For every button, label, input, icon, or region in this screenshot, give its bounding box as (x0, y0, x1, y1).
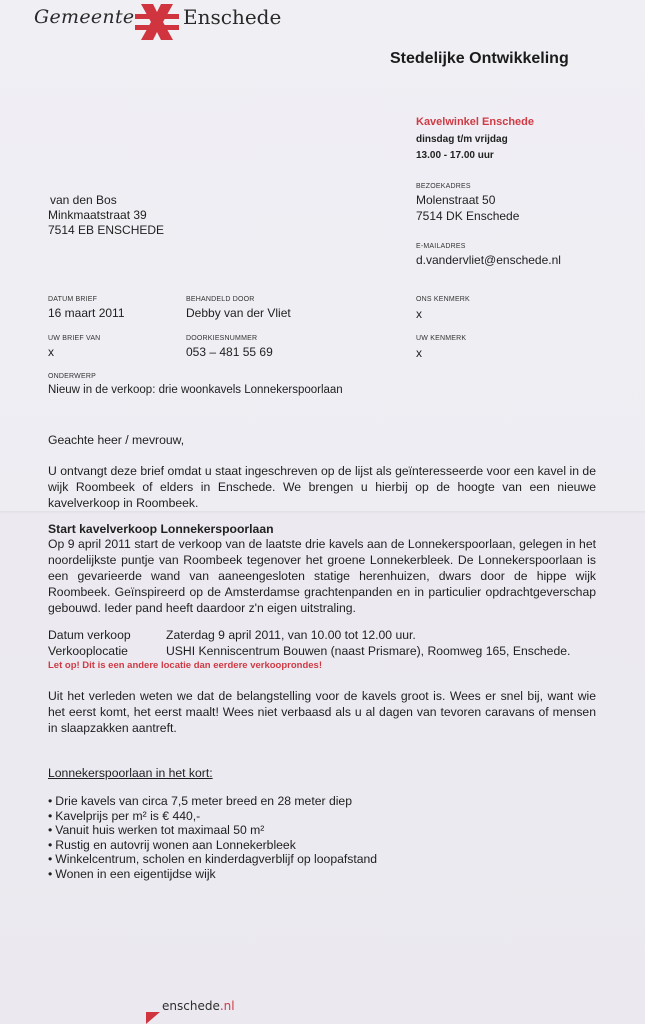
section-heading: Start kavelverkoop Lonnekerspoorlaan (48, 521, 596, 537)
summary-title: Lonnekerspoorlaan in het kort: (48, 765, 596, 781)
office-name: Kavelwinkel Enschede (416, 116, 534, 128)
email-link[interactable]: d.vandervliet@enschede.nl (416, 252, 561, 268)
list-item: Drie kavels van circa 7,5 meter breed en… (48, 794, 596, 809)
logo-text-gemeente: Gemeente (34, 6, 134, 28)
sale-location-value: USHI Kenniscentrum Bouwen (naast Prismar… (166, 644, 570, 658)
visit-street: Molenstraat 50 (416, 192, 495, 208)
phone-value: 053 – 481 55 69 (186, 345, 273, 359)
your-ref-label: UW KENMERK (416, 335, 466, 342)
location-warning: Let op! Dit is een andere locatie dan ee… (48, 660, 322, 671)
your-letter-value: x (48, 345, 54, 359)
date-label: DATUM BRIEF (48, 296, 97, 303)
subject-value: Nieuw in de verkoop: drie woonkavels Lon… (48, 384, 343, 396)
footer-red-corner-icon (146, 1012, 160, 1024)
sale-location-label: Verkooplocatie (48, 644, 128, 658)
department-title: Stedelijke Ontwikkeling (390, 50, 569, 68)
enschede-logo-icon (135, 4, 179, 40)
section-paragraph: Op 9 april 2011 start de verkoop van de … (48, 536, 596, 616)
our-ref-label: ONS KENMERK (416, 296, 470, 303)
recipient-street: Minkmaatstraat 39 (48, 207, 147, 223)
recipient-name: van den Bos (50, 192, 117, 208)
sale-date-label: Datum verkoop (48, 628, 131, 642)
logo-text-enschede: Enschede (183, 5, 281, 29)
summary-list: Drie kavels van circa 7,5 meter breed en… (48, 794, 596, 881)
recipient-city: 7514 EB ENSCHEDE (48, 222, 164, 238)
salutation: Geachte heer / mevrouw, (48, 432, 596, 448)
subject-label: ONDERWERP (48, 373, 96, 380)
footer-site-name: enschede (162, 999, 220, 1013)
handled-by-value: Debby van der Vliet (186, 306, 291, 320)
handled-by-label: BEHANDELD DOOR (186, 296, 255, 303)
list-item: Rustig en autovrij wonen aan Lonnekerble… (48, 838, 596, 853)
visit-address-label: BEZOEKADRES (416, 183, 471, 190)
sale-date-value: Zaterdag 9 april 2011, van 10.00 tot 12.… (166, 628, 416, 642)
your-ref-value: x (416, 346, 422, 360)
opening-hours: 13.00 - 17.00 uur (416, 150, 494, 161)
list-item: Wonen in een eigentijdse wijk (48, 867, 596, 882)
list-item: Vanuit huis werken tot maximaal 50 m² (48, 823, 596, 838)
intro-paragraph: U ontvangt deze brief omdat u staat inge… (48, 463, 596, 511)
paper-fold-line (0, 511, 645, 514)
visit-city: 7514 DK Enschede (416, 208, 519, 224)
your-letter-label: UW BRIEF VAN (48, 335, 100, 342)
footer-site-tld: .nl (220, 999, 235, 1013)
list-item: Kavelprijs per m² is € 440,- (48, 809, 596, 824)
date-value: 16 maart 2011 (48, 306, 125, 320)
our-ref-value: x (416, 307, 422, 321)
advice-paragraph: Uit het verleden weten we dat de belangs… (48, 688, 596, 736)
email-label: E-MAILADRES (416, 243, 466, 250)
opening-days: dinsdag t/m vrijdag (416, 134, 508, 145)
footer-website[interactable]: enschede.nl (162, 999, 235, 1013)
phone-label: DOORKIESNUMMER (186, 335, 257, 342)
list-item: Winkelcentrum, scholen en kinderdagverbl… (48, 852, 596, 867)
